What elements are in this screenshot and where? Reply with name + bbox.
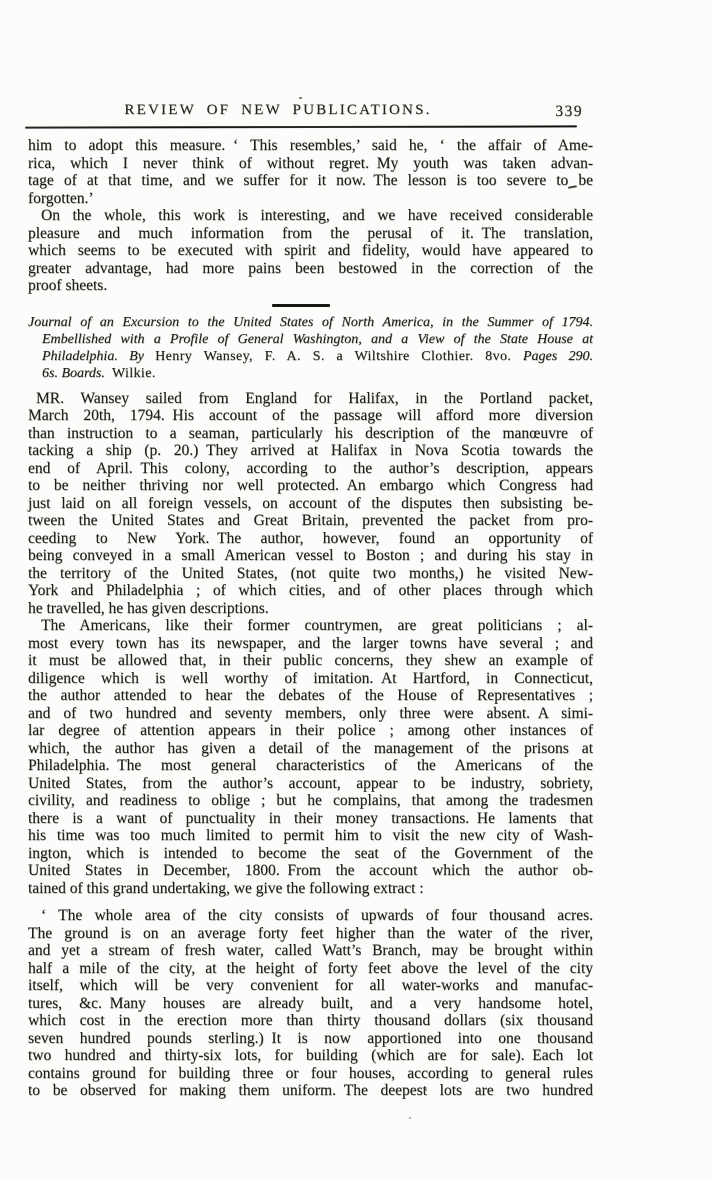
text-line: civility, and readiness to oblige ; but … bbox=[28, 792, 593, 810]
extract-quote: ‘ The whole area of the city consists of… bbox=[28, 907, 593, 1100]
book-citation: Journal of an Excursion to the United St… bbox=[28, 314, 593, 383]
citation-line: Philadelphia. By Henry Wansey, F. A. S. … bbox=[28, 348, 593, 365]
text-line: greater advantage, had more pains been b… bbox=[28, 260, 593, 278]
running-head: REVIEW OF NEW PUBLICATIONS. 339 bbox=[28, 102, 593, 124]
text-line: he travelled, he has given descriptions. bbox=[28, 600, 593, 618]
page-number: 339 bbox=[555, 103, 583, 121]
text-line: to be observed for making them uniform. … bbox=[28, 1082, 593, 1100]
text-line: just laid on all foreign vessels, on acc… bbox=[28, 495, 593, 513]
text-line: contains ground for building three or fo… bbox=[28, 1065, 593, 1083]
text-line: On the whole, this work is interesting, … bbox=[28, 207, 593, 225]
ink-speck bbox=[299, 97, 302, 99]
ink-speck bbox=[424, 1089, 427, 1091]
text-line: the territory of the United States, (not… bbox=[28, 565, 593, 583]
text-line: than instruction to a seaman, particular… bbox=[28, 425, 593, 443]
text-line: to be neither thriving nor well protecte… bbox=[28, 477, 593, 495]
text-line: two hundred and thirty-six lots, for bui… bbox=[28, 1047, 593, 1065]
citation-segment: Philadelphia. By bbox=[42, 349, 155, 364]
article-paragraph-voyage: MR. Wansey sailed from England for Halif… bbox=[28, 390, 593, 618]
header-rule bbox=[25, 125, 577, 129]
text-line: him to adopt this measure. ‘ This resemb… bbox=[28, 137, 593, 155]
text-line: diligence which is well worthy of imitat… bbox=[28, 670, 593, 688]
text-line: MR. Wansey sailed from England for Halif… bbox=[28, 390, 593, 408]
paragraph-continuation: him to adopt this measure. ‘ This resemb… bbox=[28, 137, 593, 207]
text-line: The ground is on an average forty feet h… bbox=[28, 925, 593, 943]
text-line: there is a want of punctuality in their … bbox=[28, 810, 593, 828]
text-line: lar degree of attention appears in their… bbox=[28, 722, 593, 740]
text-line: proof sheets. bbox=[28, 277, 593, 295]
citation-segment: Pages 290. bbox=[523, 349, 593, 364]
text-line: most every town has its newspaper, and t… bbox=[28, 635, 593, 653]
text-column: him to adopt this measure. ‘ This resemb… bbox=[28, 137, 593, 1100]
text-line: United States in December, 1800. From th… bbox=[28, 862, 593, 880]
text-line: which seems to be executed with spirit a… bbox=[28, 242, 593, 260]
text-line: United States, from the author’s account… bbox=[28, 775, 593, 793]
paragraph-on-the-whole: On the whole, this work is interesting, … bbox=[28, 207, 593, 295]
text-line: half a mile of the city, at the height o… bbox=[28, 960, 593, 978]
text-line: it must be allowed that, in their public… bbox=[28, 652, 593, 670]
text-line: tained of this grand undertaking, we giv… bbox=[28, 880, 593, 898]
text-line: York and Philadelphia ; of which cities,… bbox=[28, 582, 593, 600]
citation-segment: Henry Wansey, F. A. S. a Wiltshire Cloth… bbox=[155, 349, 523, 364]
text-line: the author attended to hear the debates … bbox=[28, 687, 593, 705]
running-head-title: REVIEW OF NEW PUBLICATIONS. bbox=[28, 102, 528, 119]
text-line: his time was too much limited to permit … bbox=[28, 827, 593, 845]
section-divider bbox=[272, 304, 330, 307]
citation-line: 6s. Boards. Wilkie. bbox=[28, 365, 593, 382]
text-line: ‘ The whole area of the city consists of… bbox=[28, 907, 593, 925]
text-line: The Americans, like their former country… bbox=[28, 617, 593, 635]
text-line: tage of at that time, and we suffer for … bbox=[28, 172, 593, 190]
text-line: rica, which I never think of without reg… bbox=[28, 155, 593, 173]
citation-segment: Embellished with a Profile of General Wa… bbox=[42, 332, 593, 347]
text-line: and yet a stream of fresh water, called … bbox=[28, 942, 593, 960]
citation-segment: Wilkie. bbox=[112, 366, 156, 381]
text-line: seven hundred pounds sterling.) It is no… bbox=[28, 1030, 593, 1048]
text-line: pleasure and much information from the p… bbox=[28, 225, 593, 243]
text-line: Philadelphia. The most general character… bbox=[28, 757, 593, 775]
citation-segment: Journal of an Excursion to the United St… bbox=[28, 315, 593, 330]
citation-segment: 6s. Boards. bbox=[42, 366, 112, 381]
text-line: itself, which will be very convenient fo… bbox=[28, 977, 593, 995]
text-line: which, the author has given a detail of … bbox=[28, 740, 593, 758]
text-line: March 20th, 1794. His account of the pas… bbox=[28, 407, 593, 425]
text-line: which cost in the erection more than thi… bbox=[28, 1012, 593, 1030]
text-line: and of two hundred and seventy members, … bbox=[28, 705, 593, 723]
text-line: tween the United States and Great Britai… bbox=[28, 512, 593, 530]
text-line: end of April. This colony, according to … bbox=[28, 460, 593, 478]
text-line: forgotten.’ bbox=[28, 190, 593, 208]
ink-speck bbox=[409, 1117, 411, 1119]
text-line: ceeding to New York. The author, however… bbox=[28, 530, 593, 548]
text-line: ington, which is intended to become the … bbox=[28, 845, 593, 863]
text-line: being conveyed in a small American vesse… bbox=[28, 547, 593, 565]
article-paragraph-americans: The Americans, like their former country… bbox=[28, 617, 593, 897]
citation-line: Embellished with a Profile of General Wa… bbox=[28, 331, 593, 348]
scanned-page: REVIEW OF NEW PUBLICATIONS. 339 him to a… bbox=[0, 0, 713, 1180]
text-line: tacking a ship (p. 20.) They arrived at … bbox=[28, 442, 593, 460]
text-line: tures, &c. Many houses are already built… bbox=[28, 995, 593, 1013]
citation-line: Journal of an Excursion to the United St… bbox=[28, 314, 593, 331]
